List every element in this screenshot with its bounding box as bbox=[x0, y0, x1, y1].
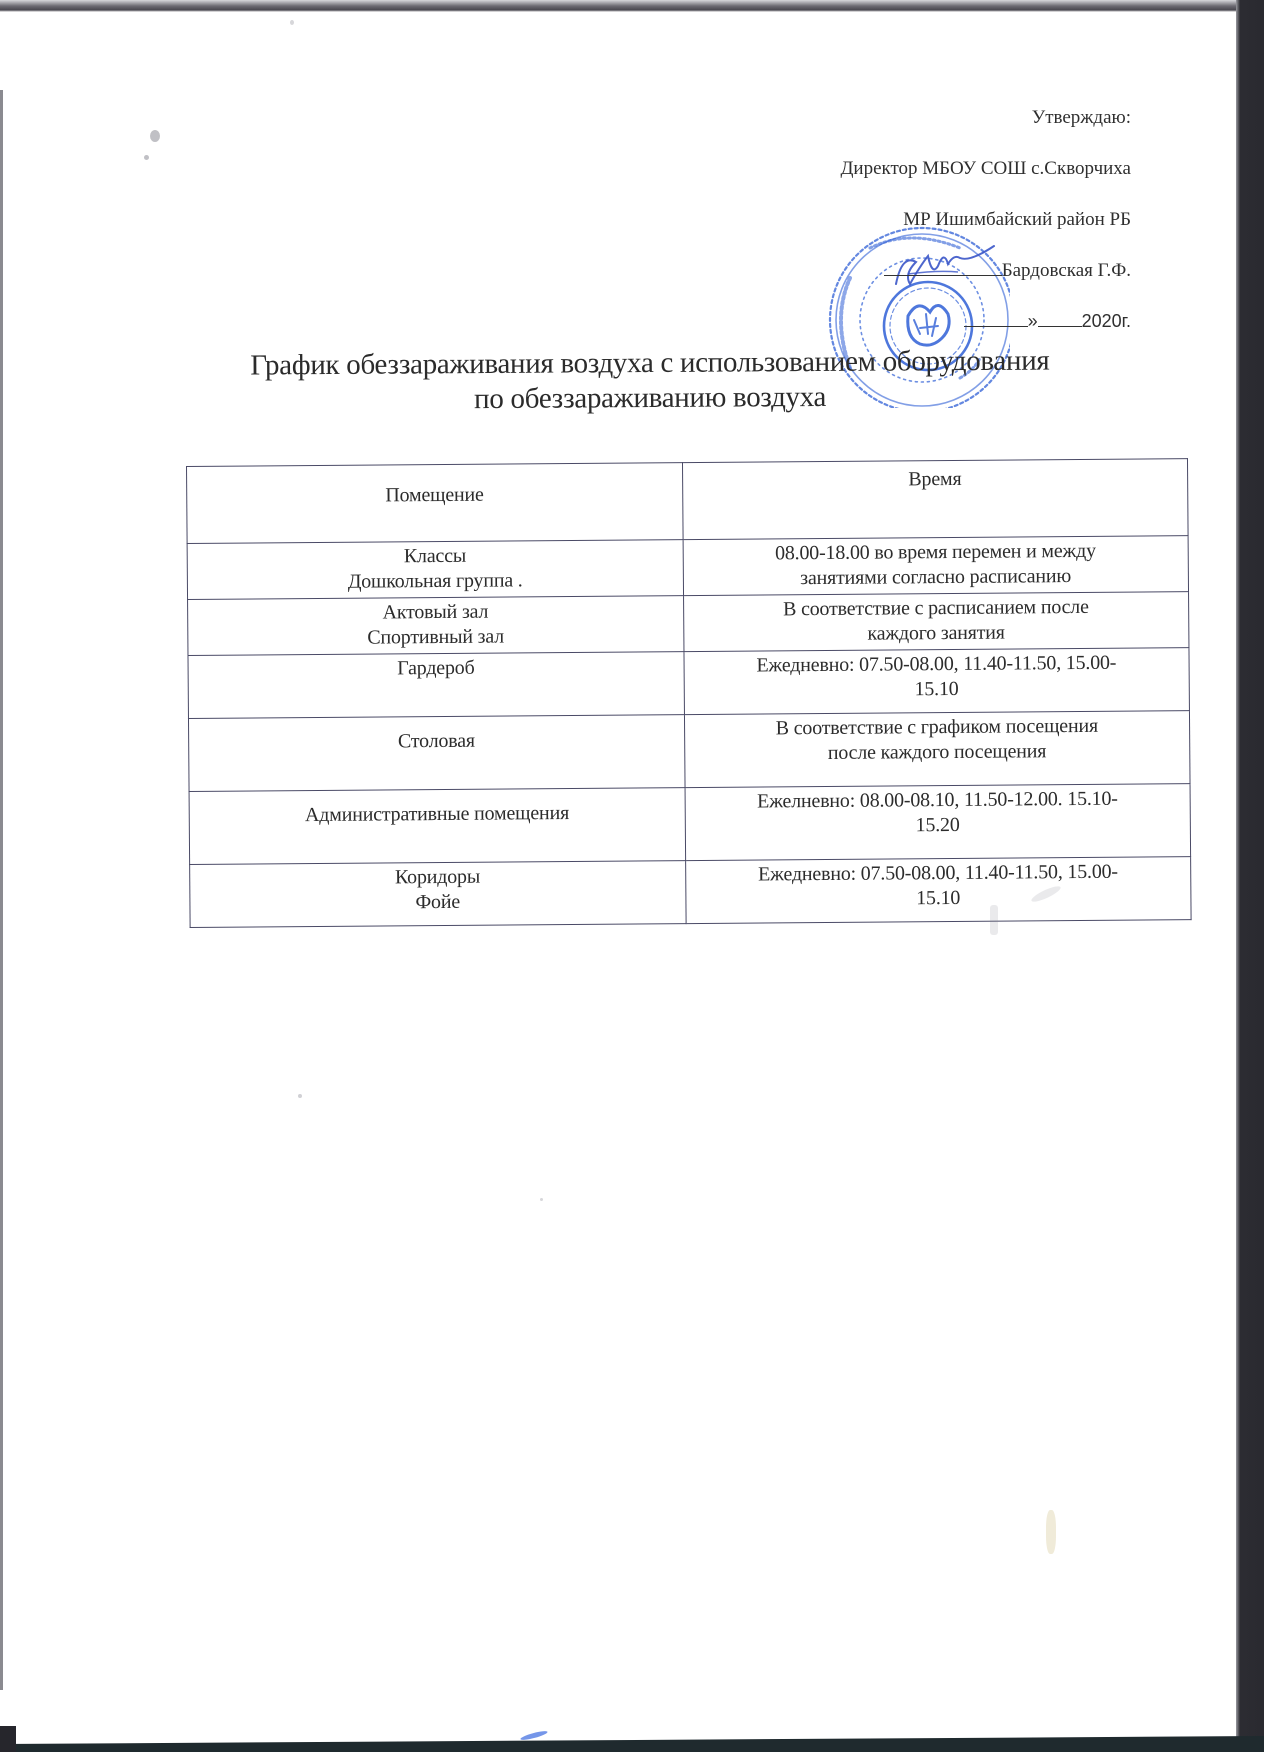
district-name: МР Ишимбайский район РБ bbox=[840, 194, 1131, 245]
approve-label: Утверждаю: bbox=[840, 92, 1131, 143]
month-blank bbox=[1038, 310, 1082, 327]
title-line-2: по обеззараживанию воздуха bbox=[150, 378, 1150, 419]
room-line: Административные помещения bbox=[196, 800, 679, 829]
date-line: »2020г. bbox=[840, 296, 1131, 347]
room-line: Спортивный зал bbox=[194, 623, 677, 652]
date-quote: » bbox=[1028, 311, 1038, 331]
time-line: 15.20 bbox=[691, 811, 1184, 840]
scanned-page: Утверждаю: Директор МБОУ СОШ с.Скворчиха… bbox=[0, 0, 1236, 1740]
time-line: 15.10 bbox=[690, 675, 1183, 704]
table-row: Гардероб Ежедневно: 07.50-08.00, 11.40-1… bbox=[188, 648, 1189, 719]
scan-speck bbox=[540, 1198, 543, 1201]
time-line: В соответствие с расписанием после bbox=[690, 594, 1183, 623]
scan-smudge bbox=[990, 905, 998, 935]
scan-speck bbox=[290, 20, 294, 25]
room-line: Фойе bbox=[196, 888, 679, 917]
time-line: каждого занятия bbox=[690, 619, 1183, 648]
time-line: после каждого посещения bbox=[691, 738, 1184, 767]
time-line: Ежедневно: 07.50-08.00, 11.40-11.50, 15.… bbox=[692, 859, 1185, 888]
time-cell: 08.00-18.00 во время перемен и между зан… bbox=[683, 536, 1189, 596]
table-row: Классы Дошкольная группа . 08.00-18.00 в… bbox=[187, 536, 1188, 600]
scanner-right-edge bbox=[1236, 0, 1264, 1740]
time-line: Ежедневно: 07.50-08.00, 11.40-11.50, 15.… bbox=[690, 650, 1183, 679]
time-line: В соответствие с графиком посещения bbox=[691, 713, 1184, 742]
time-line: 15.10 bbox=[692, 884, 1185, 913]
director-position: Директор МБОУ СОШ с.Скворчиха bbox=[840, 143, 1131, 194]
date-year: 2020г. bbox=[1082, 311, 1131, 331]
document-title: График обеззараживания воздуха с использ… bbox=[150, 343, 1150, 419]
scan-stain bbox=[1046, 1510, 1056, 1554]
room-line: Дошкольная группа . bbox=[194, 567, 677, 596]
day-blank bbox=[964, 310, 1028, 327]
time-line: Ежелневно: 08.00-08.10, 11.50-12.00. 15.… bbox=[691, 786, 1184, 815]
room-cell: Актовый зал Спортивный зал bbox=[188, 596, 684, 656]
room-line: Классы bbox=[194, 542, 677, 571]
signature-line: Бардовская Г.Ф. bbox=[840, 245, 1131, 296]
table-row: Столовая В соответствие с графиком посещ… bbox=[188, 711, 1190, 792]
title-line-1: График обеззараживания воздуха с использ… bbox=[150, 343, 1150, 384]
table-header-row: Помещение Время bbox=[187, 459, 1189, 544]
time-cell: Ежедневно: 07.50-08.00, 11.40-11.50, 15.… bbox=[685, 857, 1191, 924]
scan-speck bbox=[150, 130, 160, 142]
room-cell: Гардероб bbox=[188, 652, 684, 719]
room-line: Актовый зал bbox=[194, 598, 677, 627]
table-row: Актовый зал Спортивный зал В соответстви… bbox=[188, 592, 1189, 656]
time-cell: В соответствие с расписанием после каждо… bbox=[683, 592, 1189, 652]
approval-block: Утверждаю: Директор МБОУ СОШ с.Скворчиха… bbox=[840, 92, 1131, 347]
stamp-ink-mark bbox=[520, 1729, 548, 1741]
time-cell: Ежелневно: 08.00-08.10, 11.50-12.00. 15.… bbox=[685, 784, 1191, 861]
signatory-name: Бардовская Г.Ф. bbox=[1002, 260, 1131, 281]
header-room: Помещение bbox=[187, 463, 683, 544]
header-time: Время bbox=[682, 459, 1188, 540]
table-row: Административные помещения Ежелневно: 08… bbox=[189, 784, 1191, 865]
scan-speck bbox=[298, 1094, 302, 1098]
scan-speck bbox=[144, 155, 149, 160]
room-cell: Административные помещения bbox=[189, 788, 685, 865]
time-line: занятиями согласно расписанию bbox=[689, 563, 1182, 592]
room-cell: Столовая bbox=[188, 715, 684, 792]
time-cell: В соответствие с графиком посещения посл… bbox=[684, 711, 1190, 788]
room-line: Столовая bbox=[195, 727, 678, 756]
signature-blank bbox=[884, 259, 1002, 276]
room-line: Гардероб bbox=[195, 654, 678, 683]
time-cell: Ежедневно: 07.50-08.00, 11.40-11.50, 15.… bbox=[684, 648, 1190, 715]
room-cell: Классы Дошкольная группа . bbox=[187, 540, 683, 600]
disinfection-schedule-table: Помещение Время Классы Дошкольная группа… bbox=[186, 458, 1192, 928]
time-line: 08.00-18.00 во время перемен и между bbox=[689, 538, 1182, 567]
room-line: Коридоры bbox=[196, 863, 679, 892]
room-cell: Коридоры Фойе bbox=[190, 861, 686, 928]
